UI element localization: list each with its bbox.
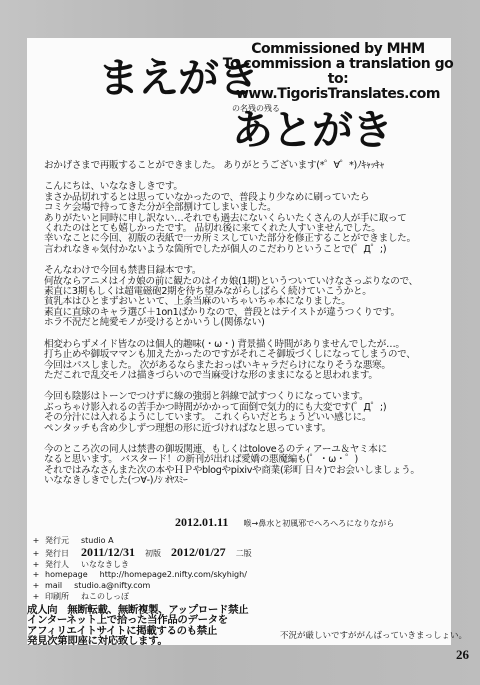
text-line: 打ち止めや御坂ママンも加えたかったのですがそれこそ御坂づくしになってしまうので、 <box>44 350 444 360</box>
translation-credit: Commissioned by MHM To commission a tran… <box>218 42 458 102</box>
text-line: その分汁には入れるようにしています。 これくらいだとちょうどいい感じに。 <box>44 413 444 423</box>
date-label: 発行日 <box>45 549 69 560</box>
text-line: ホラ不況だと純愛モノが受けるとかいうし(関係ない) <box>44 318 444 328</box>
title-atogaki: あとがき <box>232 110 392 151</box>
signature-date: 2012.01.11 <box>175 515 228 529</box>
copyright-notice: 成人向 無断転載、無断複製、アップロード禁止 インターネット上で拾った当作品のデ… <box>27 605 248 647</box>
colophon-row-author: + 発行人 いななきしき <box>27 560 262 571</box>
author-label: 発行人 <box>45 560 69 571</box>
credit-url: www.TigorisTranslates.com <box>218 87 458 102</box>
bullet-plus-icon: + <box>27 536 45 547</box>
closing-message: 不況が厳しいですががんばっていきまっしょい。 <box>280 629 467 641</box>
printer-value: ねこのしっぽ <box>81 592 129 603</box>
paragraph-greeting: こんにちは、いななきしきです。 まさか品切れするとは思っていなかったので、普段よ… <box>44 182 444 255</box>
paragraph-next-book: 今のところ次の同人は禁書の御坂関連、もしくはtoloveるのティアーユ＆ヤミ本に… <box>44 445 444 487</box>
bullet-plus-icon: + <box>27 581 45 592</box>
paragraph-topic: そんなわけで今回も禁書目録本です。 何故ならアニメはイカ娘の前に観たのはイカ娘(… <box>44 266 444 328</box>
colophon-row-date: + 発行日 2011/12/31 初版 2012/01/27 二版 <box>27 547 262 560</box>
text-line: いななきしきでした(つ∀-)ﾉｼ ｵﾔｽﾐｰ <box>44 476 444 486</box>
text-line: 言われなきゃ気付かないような箇所でしたが個人のこだわりということで(゜Д゜;) <box>44 245 444 255</box>
author-value: いななきしき <box>81 560 129 571</box>
mail-label: mail <box>45 581 62 592</box>
text-line: ペンタッチも含め少しずつ理想の形に近づければなと思っています。 <box>44 424 444 434</box>
signature-date-line: 2012.01.11 喉→鼻水と初風邪でへろへろになりながら <box>175 515 394 530</box>
first-edition-date: 2011/12/31 <box>81 547 135 558</box>
bullet-plus-icon: + <box>27 592 45 603</box>
bullet-plus-icon: + <box>27 570 45 581</box>
bullet-plus-icon: + <box>27 549 45 560</box>
colophon-row-homepage: + homepage http://homepage2.nifty.com/sk… <box>27 570 262 581</box>
afterword-body: おかげさまで再販することができました。 ありがとうございます(*゜∀゜*)ﾉｷｬ… <box>44 161 444 498</box>
second-edition-label: 二版 <box>236 549 252 560</box>
text-line: おかげさまで再販することができました。 ありがとうございます(*゜∀゜*)ﾉｷｬ… <box>44 161 444 171</box>
credit-line-2: To commission a translation go to: <box>218 57 458 87</box>
colophon: + 発行元 studio A + 発行日 2011/12/31 初版 2012/… <box>27 536 262 603</box>
notice-line: 発見次第即座に対応致します。 <box>27 636 248 646</box>
homepage-url[interactable]: http://homepage2.nifty.com/skyhigh/ <box>100 570 247 581</box>
colophon-row-publisher: + 発行元 studio A <box>27 536 262 547</box>
colophon-row-printer: + 印刷所 ねこのしっぽ <box>27 592 262 603</box>
credit-line-1: Commissioned by MHM <box>218 42 458 57</box>
first-edition-label: 初版 <box>145 549 161 560</box>
paragraph-art-style: 今回も陰影はトーンでつけずに線の強弱と斜線で試すつくりになっています。 ぶっちゃ… <box>44 392 444 434</box>
page-number: 26 <box>456 647 469 663</box>
bullet-plus-icon: + <box>27 560 45 571</box>
printer-label: 印刷所 <box>45 592 69 603</box>
colophon-row-mail: + mail studio.a@nifty.com <box>27 581 262 592</box>
signature-note: 喉→鼻水と初風邪でへろへろになりながら <box>244 519 395 528</box>
paragraph-intro: おかげさまで再販することができました。 ありがとうございます(*゜∀゜*)ﾉｷｬ… <box>44 161 444 171</box>
paragraph-characters: 相変わらずメイド皆なのは個人的趣味(・ω・) 背景描く時間がありませんでしたが…… <box>44 340 444 382</box>
publisher-label: 発行元 <box>45 536 69 547</box>
second-edition-date: 2012/01/27 <box>171 547 226 558</box>
homepage-label: homepage <box>45 570 88 581</box>
mail-address[interactable]: studio.a@nifty.com <box>74 581 150 592</box>
text-line: ただこれで乱交モノは描きづらいので当麻受けな形のままになると思われます。 <box>44 371 444 381</box>
